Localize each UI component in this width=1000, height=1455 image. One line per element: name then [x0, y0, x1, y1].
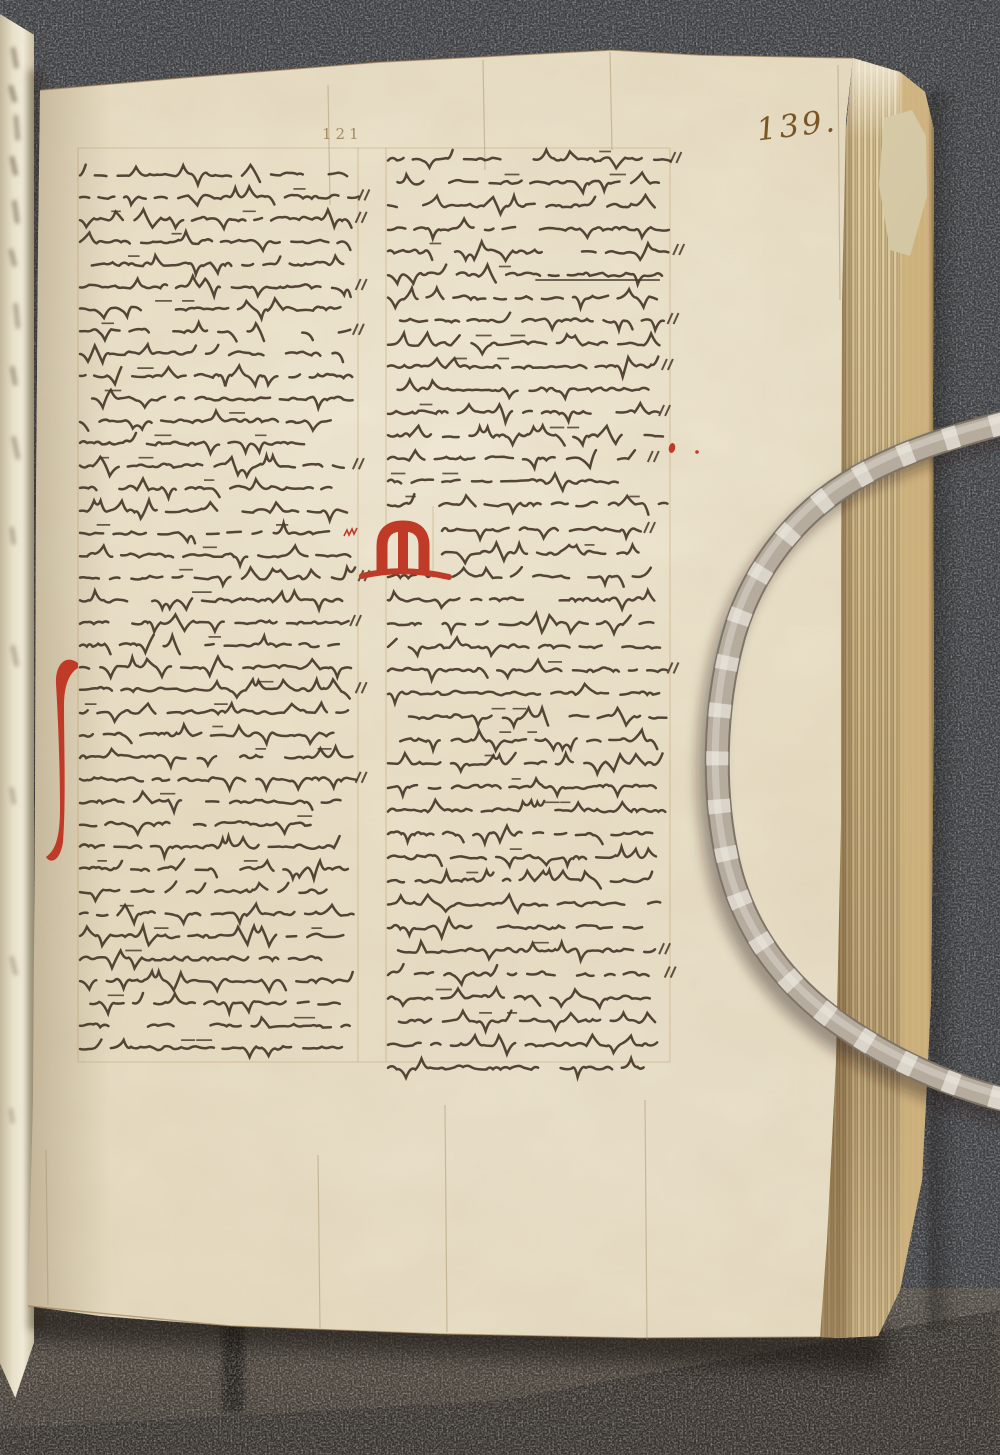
blurred-text-mark	[10, 956, 18, 976]
blurred-text-mark	[10, 527, 16, 545]
blurred-text-mark	[14, 303, 20, 329]
blurred-text-mark	[9, 85, 17, 103]
manuscript-photo: 139. 121	[0, 0, 1000, 1455]
blurred-text-mark	[12, 436, 20, 460]
blurred-text-mark	[14, 115, 20, 141]
blurred-text-mark	[9, 249, 17, 267]
blurred-text-mark	[10, 787, 16, 805]
blurred-text-mark	[11, 366, 18, 386]
blurred-text-mark	[11, 645, 19, 667]
blurred-text-mark	[9, 1108, 15, 1124]
blurred-text-mark	[10, 156, 18, 176]
blurred-text-mark	[13, 200, 20, 224]
blurred-text-mark	[11, 47, 18, 69]
